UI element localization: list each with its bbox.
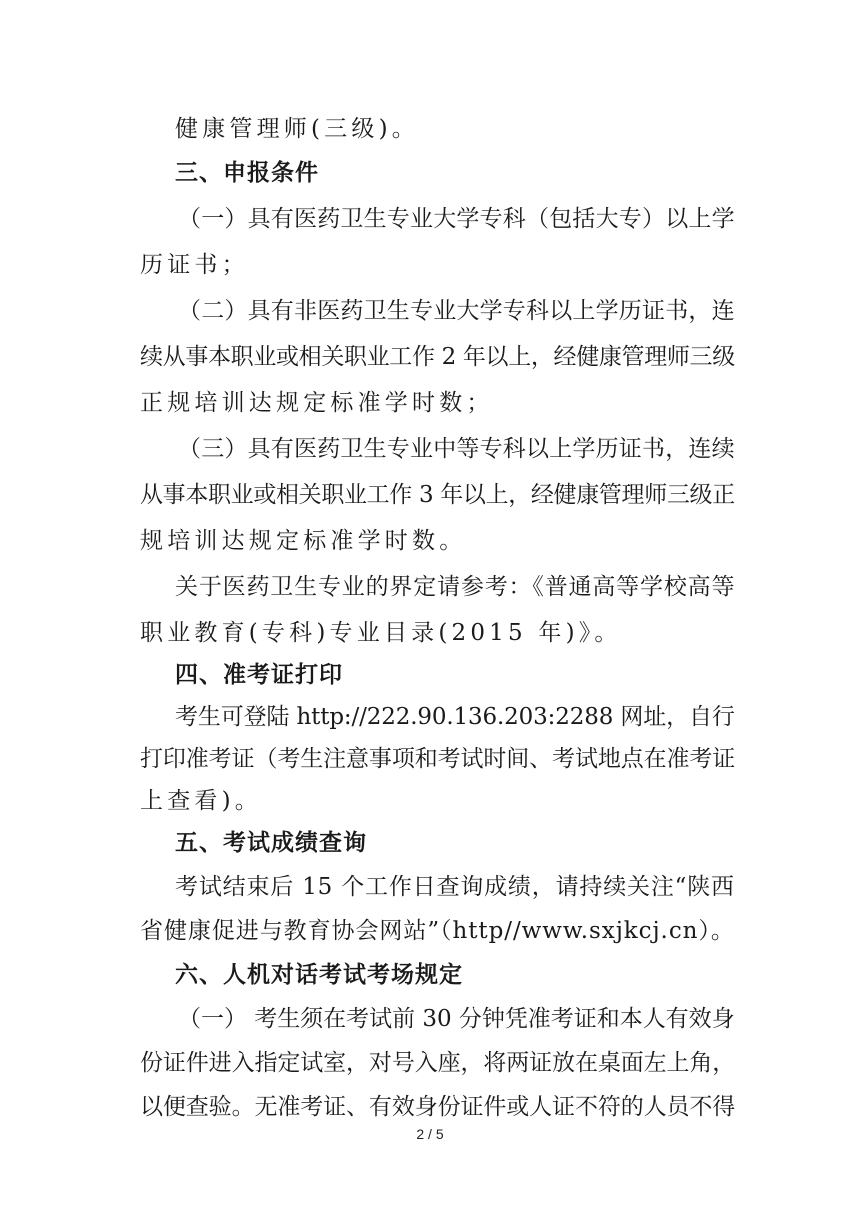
body-text-line: 省健康促进与教育协会网站”（http//www.sxjkcj.cn）。 (140, 916, 735, 946)
body-text-line: 关于医药卫生专业的界定请参考：《普通高等学校高等 (175, 572, 735, 602)
body-text-line: （一）具有医药卫生专业大学专科（包括大专）以上学 (178, 204, 735, 234)
body-text-line: 份证件进入指定试室，对号入座，将两证放在桌面左上角， (140, 1048, 735, 1078)
body-text-line: 规培训达规定标准学时数。 (140, 526, 466, 556)
body-text-line: （一） 考生须在考试前 30 分钟凭准考证和本人有效身 (178, 1004, 735, 1034)
body-text-line: 上查看)。 (140, 786, 262, 816)
body-text-line: （三）具有医药卫生专业中等专科以上学历证书，连续 (178, 434, 735, 464)
document-page: 健康管理师(三级)。三、申报条件（一）具有医药卫生专业大学专科（包括大专）以上学… (0, 0, 860, 1216)
body-text-line: 从事本职业或相关职业工作 3 年以上，经健康管理师三级正 (140, 480, 735, 510)
body-text-line: 续从事本职业或相关职业工作 2 年以上，经健康管理师三级 (140, 342, 735, 372)
section-heading: 三、申报条件 (175, 158, 319, 188)
body-text-line: 健康管理师(三级)。 (175, 114, 419, 144)
body-text-line: 打印准考证（考生注意事项和考试时间、考试地点在准考证 (140, 744, 735, 774)
body-text-line: 考试结束后 15 个工作日查询成绩，请持续关注“陕西 (175, 872, 735, 902)
body-text-line: 职业教育(专科)专业目录(2015 年)》。 (140, 618, 622, 648)
body-text-line: 以便查验。无准考证、有效身份证件或人证不符的人员不得 (140, 1092, 735, 1122)
page-number: 2 / 5 (0, 1126, 860, 1142)
body-text-line: 历证书； (140, 250, 249, 280)
section-heading: 五、考试成绩查询 (175, 828, 367, 858)
body-text-line: 正规培训达规定标准学时数； (140, 388, 494, 418)
body-text-line: （二）具有非医药卫生专业大学专科以上学历证书，连 (178, 296, 735, 326)
section-heading: 六、人机对话考试考场规定 (175, 960, 463, 990)
body-text-line: 考生可登陆 http://222.90.136.203:2288 网址，自行 (175, 702, 735, 732)
section-heading: 四、准考证打印 (175, 660, 343, 690)
